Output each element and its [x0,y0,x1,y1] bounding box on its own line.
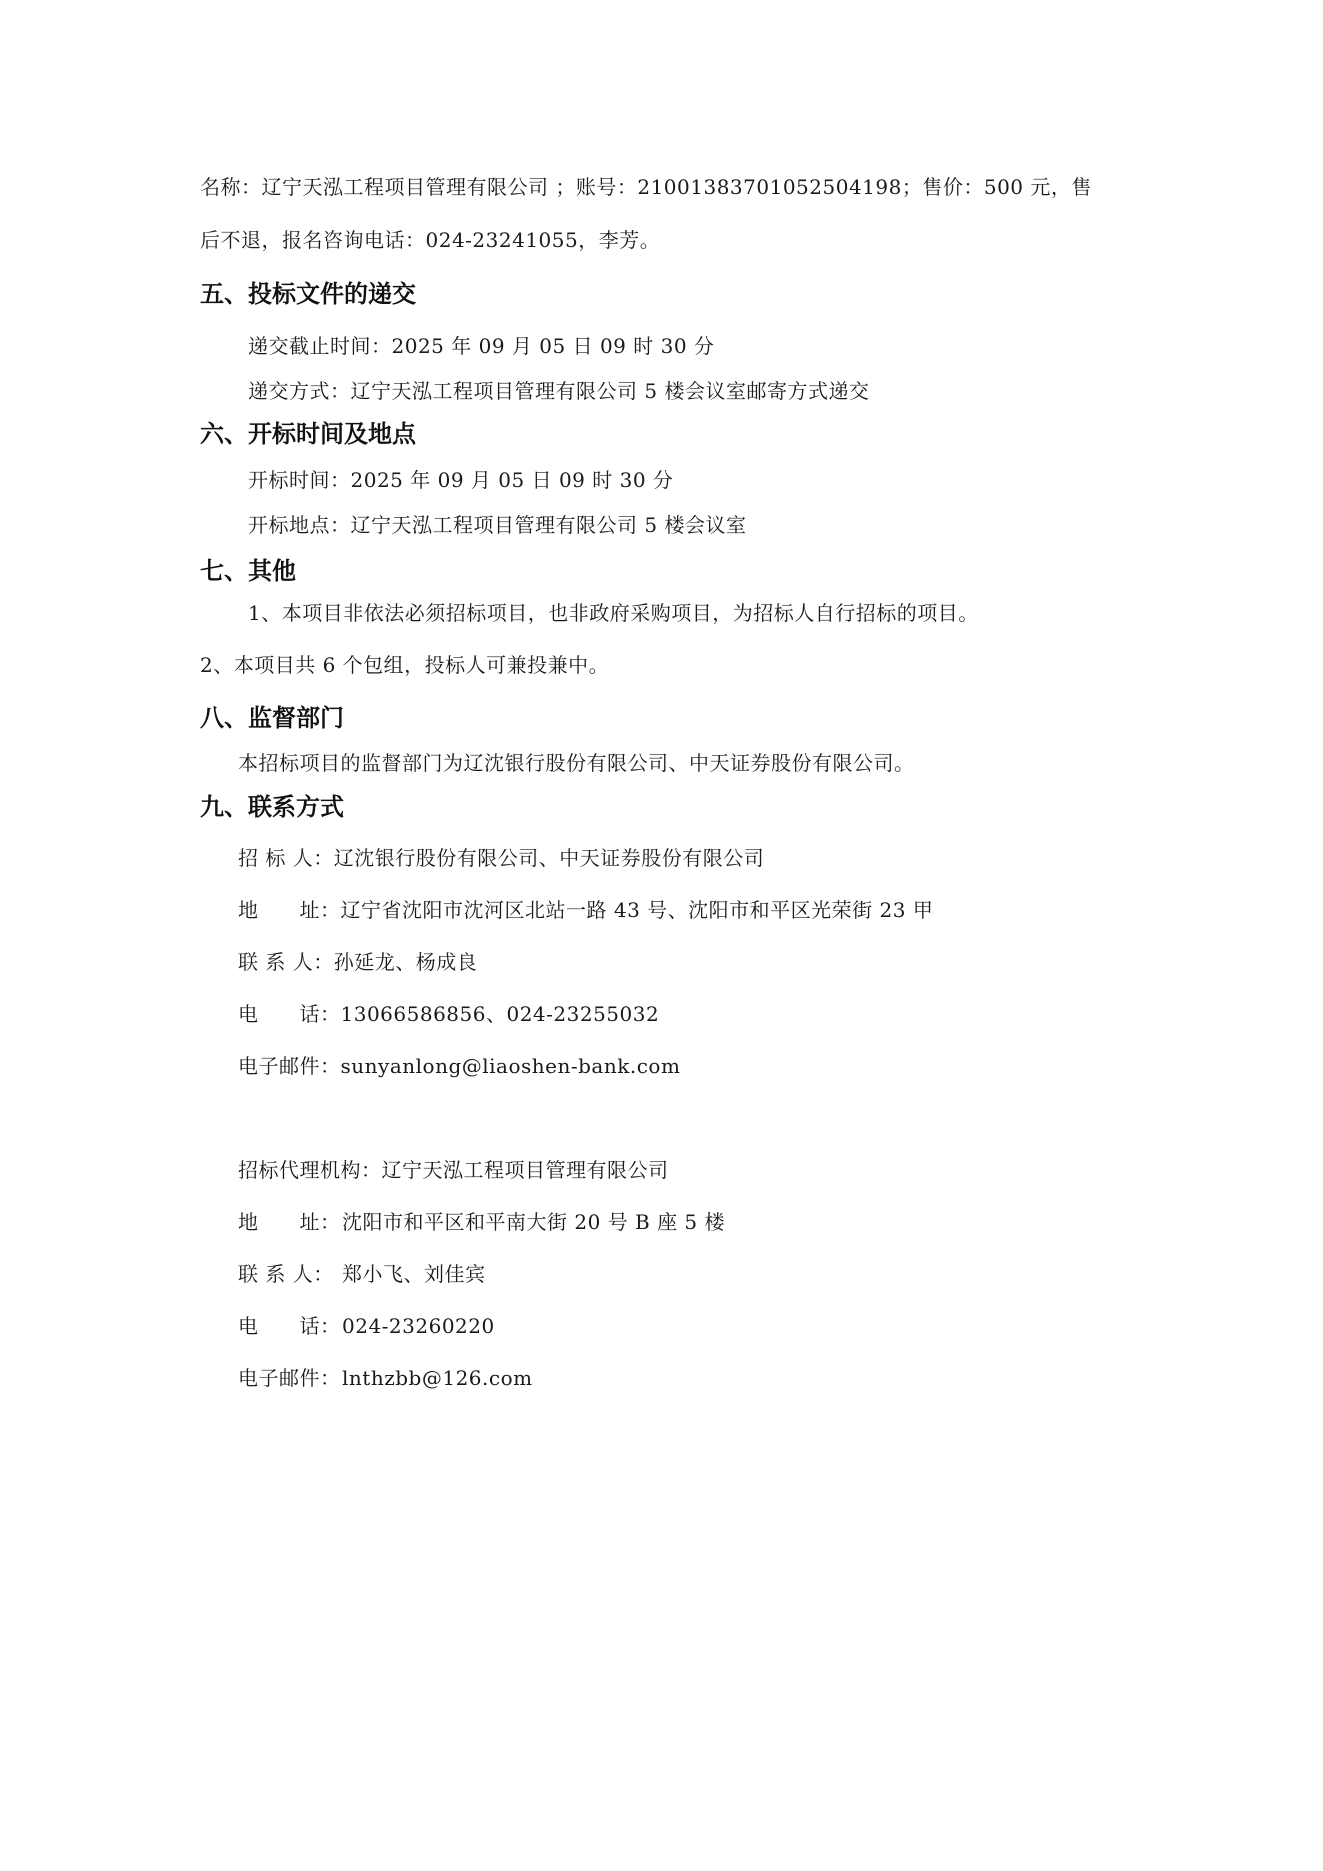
agency-contact: 联 系 人：郑小飞、刘佳宾 [238,1261,486,1287]
tenderer-contact-label: 联 系 人： [238,949,334,975]
submission-deadline: 递交截止时间：2025 年 09 月 05 日 09 时 30 分 [248,333,714,359]
agency-email-value[interactable]: lnthzbb@126.com [342,1366,533,1390]
tenderer-name-label: 招 标 人： [238,845,334,871]
other-item-1: 1、本项目非依法必须招标项目，也非政府采购项目，为招标人自行招标的项目。 [248,600,979,626]
agency-address-value: 沈阳市和平区和平南大街 20 号 B 座 5 楼 [342,1210,725,1234]
tenderer-address-value: 辽宁省沈阳市沈河区北站一路 43 号、沈阳市和平区光荣街 23 甲 [341,898,934,922]
section-8-heading: 八、监督部门 [200,703,344,733]
tenderer-contact: 联 系 人：孙延龙、杨成良 [238,949,477,975]
agency-address-label: 地 址： [238,1209,342,1235]
section-7-heading: 七、其他 [200,556,296,586]
section-5-heading: 五、投标文件的递交 [200,279,416,309]
opening-place: 开标地点：辽宁天泓工程项目管理有限公司 5 楼会议室 [248,512,746,538]
agency-contact-label: 联 系 人： [238,1261,342,1287]
tenderer-email-value[interactable]: sunyanlong@liaoshen-bank.com [341,1054,681,1078]
document-page: 名称：辽宁天泓工程项目管理有限公司 ；账号：210013837010525041… [0,0,1323,1871]
section-6-heading: 六、开标时间及地点 [200,419,416,449]
tenderer-name: 招 标 人：辽沈银行股份有限公司、中天证券股份有限公司 [238,845,764,871]
submission-method: 递交方式：辽宁天泓工程项目管理有限公司 5 楼会议室邮寄方式递交 [248,378,869,404]
intro-line-1: 名称：辽宁天泓工程项目管理有限公司 ；账号：210013837010525041… [200,174,1092,200]
agency-email: 电子邮件：lnthzbb@126.com [238,1365,533,1391]
agency-phone-label: 电 话： [238,1313,342,1339]
agency-phone: 电 话：024-23260220 [238,1313,495,1339]
intro-line-2: 后不退，报名咨询电话：024-23241055，李芳。 [200,227,660,253]
agency-name-value: 辽宁天泓工程项目管理有限公司 [382,1158,669,1182]
agency-contact-value: 郑小飞、刘佳宾 [342,1262,486,1286]
agency-name: 招标代理机构：辽宁天泓工程项目管理有限公司 [238,1157,669,1183]
other-item-2: 2、本项目共 6 个包组，投标人可兼投兼中。 [200,652,609,678]
section-9-heading: 九、联系方式 [200,792,344,822]
tenderer-phone: 电 话：13066586856、024-23255032 [238,1001,659,1027]
tenderer-address-label: 地 址： [238,897,341,923]
agency-phone-value: 024-23260220 [342,1314,495,1338]
tenderer-phone-label: 电 话： [238,1001,341,1027]
tenderer-email: 电子邮件：sunyanlong@liaoshen-bank.com [238,1053,680,1079]
agency-name-label: 招标代理机构： [238,1157,382,1183]
tenderer-contact-value: 孙延龙、杨成良 [334,950,478,974]
agency-address: 地 址：沈阳市和平区和平南大街 20 号 B 座 5 楼 [238,1209,725,1235]
tenderer-phone-value: 13066586856、024-23255032 [341,1002,660,1026]
tenderer-name-value: 辽沈银行股份有限公司、中天证券股份有限公司 [334,846,765,870]
tenderer-address: 地 址：辽宁省沈阳市沈河区北站一路 43 号、沈阳市和平区光荣街 23 甲 [238,897,933,923]
tenderer-email-label: 电子邮件： [238,1053,341,1079]
agency-email-label: 电子邮件： [238,1365,342,1391]
opening-time: 开标时间：2025 年 09 月 05 日 09 时 30 分 [248,467,673,493]
supervision-text: 本招标项目的监督部门为辽沈银行股份有限公司、中天证券股份有限公司。 [238,750,915,776]
